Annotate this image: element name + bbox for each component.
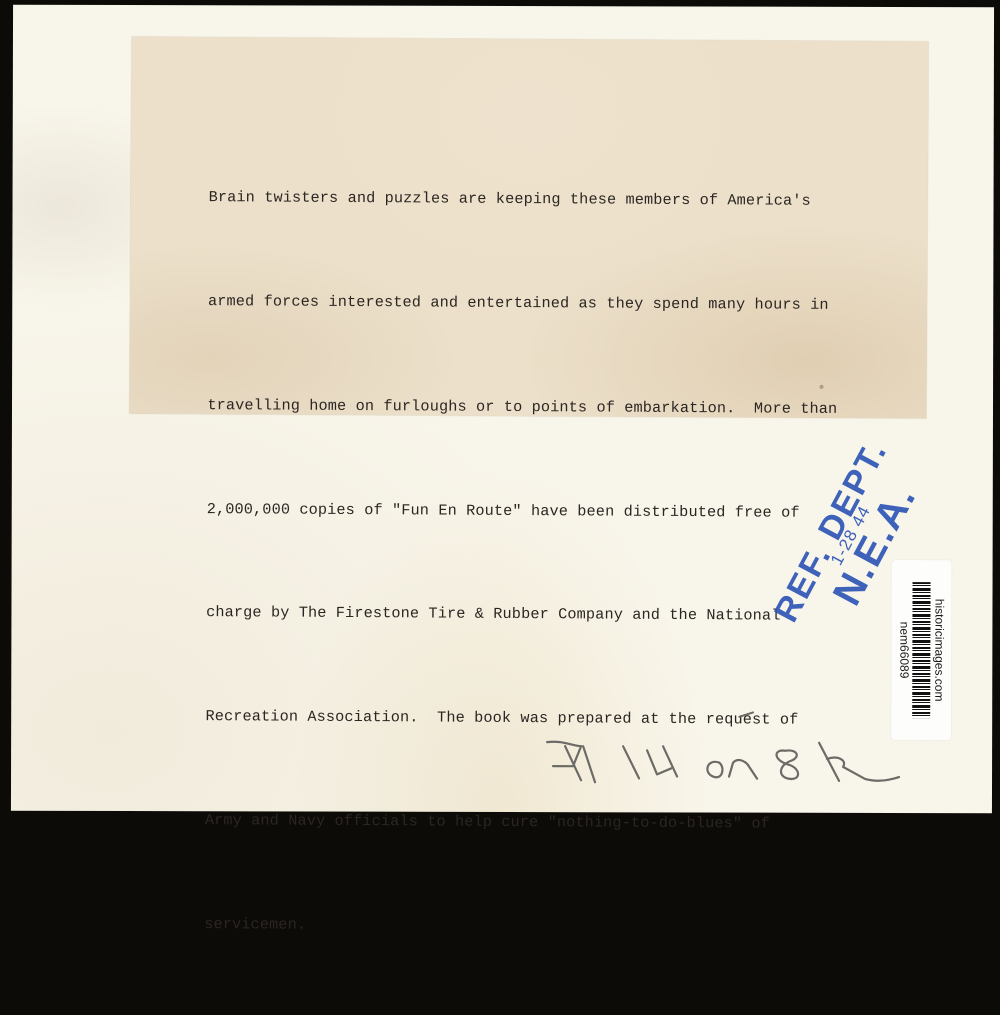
caption-line: Army and Navy officials to help cure "no… [205, 803, 905, 815]
caption-line: armed forces interested and entertained … [208, 284, 908, 323]
caption-line: Brain twisters and puzzles are keeping t… [209, 180, 909, 219]
handwriting-scribble-icon [543, 732, 923, 803]
handwritten-note [543, 732, 923, 803]
caption-line: travelling home on furloughs or to point… [207, 388, 907, 427]
caption-text: Brain twisters and puzzles are keeping t… [204, 111, 909, 815]
photo-back-paper: Brain twisters and puzzles are keeping t… [11, 5, 994, 814]
stain-speck [819, 385, 823, 389]
archive-label: historicimages.com nem66089 [891, 560, 951, 740]
label-site: historicimages.com [932, 599, 945, 702]
label-id: nem66089 [897, 622, 910, 679]
barcode-icon [912, 582, 930, 718]
caption-line: 2,000,000 copies of "Fun En Route" have … [207, 492, 907, 531]
caption-clipping: Brain twisters and puzzles are keeping t… [129, 37, 928, 419]
